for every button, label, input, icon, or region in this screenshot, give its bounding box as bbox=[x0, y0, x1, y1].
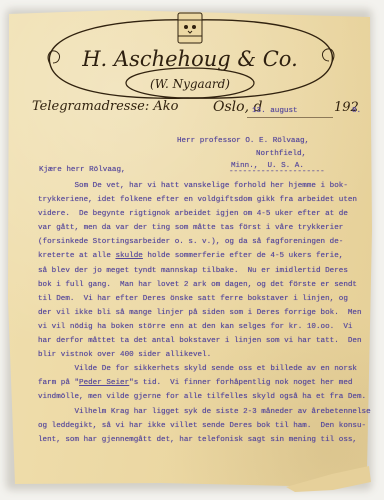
letter-body-line: var gått, men da var der ting som måtte … bbox=[38, 221, 371, 235]
letter-body: Som De vet, har vi hatt vanskelige forho… bbox=[38, 179, 371, 447]
letter-body-line: så blev der jo meget tyndt mannskap tilb… bbox=[38, 264, 371, 278]
scanned-letter-page: H. Aschehoug & Co. (W. Nygaard) Telegram… bbox=[0, 0, 384, 500]
recipient-underline-dashes: --------------------- bbox=[229, 165, 325, 179]
dateline-year-digit: 8. bbox=[352, 104, 361, 118]
company-subname: (W. Nygaard) bbox=[150, 77, 230, 91]
letter-body-line: vindmölle, men vilde gjerne for alle til… bbox=[38, 390, 371, 404]
letter-body-line: og leddegikt, så vi har ikke villet send… bbox=[38, 419, 371, 433]
letter-body-line: der vil ikke bli så mange linjer på side… bbox=[38, 306, 371, 320]
letter-body-line: videre. De begynte rigtignok arbeidet ig… bbox=[38, 207, 371, 221]
letter-body-line: kreterte at alle skulde holde sommerferi… bbox=[38, 249, 371, 263]
recipient-line-1: Herr professor O. E. Rölvaag, bbox=[177, 134, 309, 148]
letter-body-line: trykkeriene, idet folkene efter en voldg… bbox=[38, 193, 371, 207]
owl-crest-icon bbox=[178, 13, 202, 43]
dateline-date-typed: 13. august bbox=[252, 104, 298, 118]
letter-body-line: Vilhelm Krag har ligget syk de siste 2-3… bbox=[38, 405, 371, 419]
telegram-address: Telegramadresse: Ako bbox=[32, 99, 178, 114]
letter-body-line: har derfor måttet ta det antal bokstaver… bbox=[38, 334, 371, 348]
letterhead-ornament: H. Aschehoug & Co. (W. Nygaard) bbox=[40, 12, 340, 106]
letter-body-line: Som De vet, har vi hatt vanskelige forho… bbox=[38, 179, 371, 193]
company-name-script: H. Aschehoug & Co. bbox=[81, 47, 298, 71]
letter-body-line: Vilde De for sikkerhets skyld sende oss … bbox=[38, 362, 371, 376]
letter-body-line: bok i full gang. Man har lovet 2 ark om … bbox=[38, 278, 371, 292]
salutation: Kjære herr Rölvaag, bbox=[39, 163, 126, 177]
letter-body-line: til Dem. Vi har efter Deres önske satt f… bbox=[38, 292, 371, 306]
dateline-rule bbox=[247, 117, 333, 118]
letter-body-line: lent, som har gjennemgått det, har telef… bbox=[38, 433, 371, 447]
letter-body-line: vi vil nödig ha boken större enn at den … bbox=[38, 320, 371, 334]
letter-body-line: blir vistnok over 400 sider allikevel. bbox=[38, 348, 371, 362]
letter-body-line: farm på "Peder Seier"s tid. Vi finner fo… bbox=[38, 376, 371, 390]
letter-body-line: (forsinkede Stortingsarbeider o. s. v.),… bbox=[38, 235, 371, 249]
